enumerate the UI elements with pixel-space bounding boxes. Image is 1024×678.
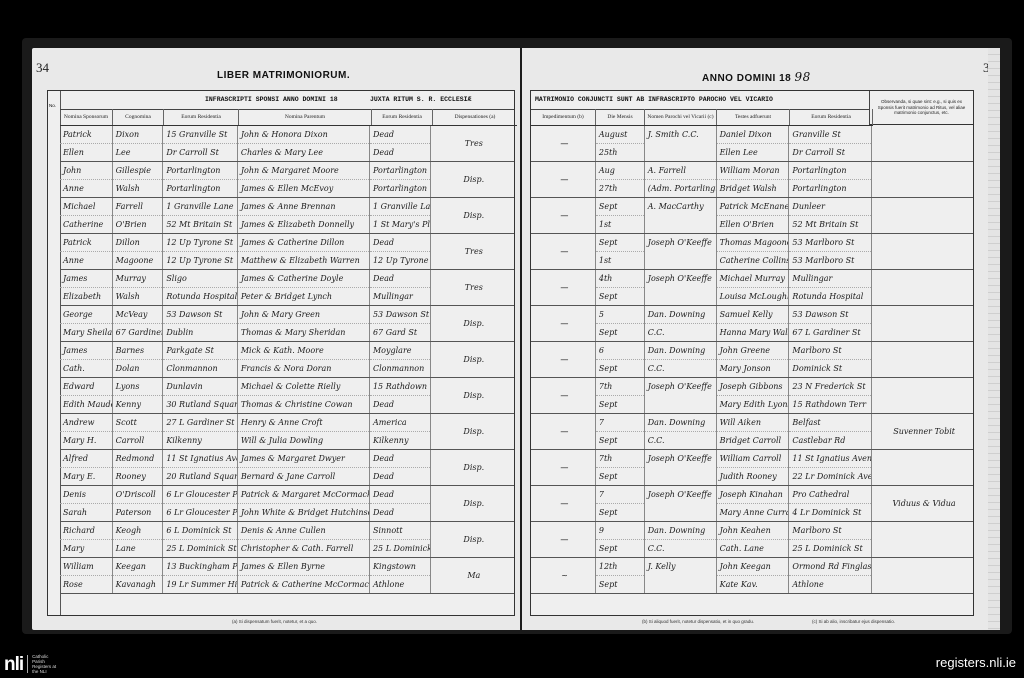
priest-name-line: Joseph O'Keeffe bbox=[645, 378, 716, 395]
spouse-surnames-line: Redmond bbox=[113, 450, 163, 468]
parents-names-line: Mick & Kath. Moore bbox=[238, 342, 369, 360]
witnesses: John KeeganKate Kav. bbox=[717, 558, 790, 593]
witnesses-line: William Carroll bbox=[717, 450, 789, 468]
parents-residence: 1 Granville Lane1 St Mary's Pl bbox=[370, 198, 431, 233]
spouse-surnames-line: Scott bbox=[113, 414, 163, 432]
col-header-date: Die Mensis bbox=[596, 109, 645, 125]
right-band-header: MATRIMONIO CONJUNCTI SUNT AB INFRASCRIPT… bbox=[531, 91, 869, 110]
parents-residence-line: Dead bbox=[370, 486, 430, 504]
col-header-residence: Eorum Residentia bbox=[164, 109, 239, 125]
priest-name: A. MacCarthy bbox=[645, 198, 717, 233]
marriage-detail-row: —August25thJ. Smith C.C.Daniel DixonElle… bbox=[531, 126, 973, 162]
dispensation: Disp. bbox=[431, 414, 514, 449]
impediment: — bbox=[531, 270, 596, 305]
parents-residence: DeadDead bbox=[370, 486, 431, 521]
dispensation: Disp. bbox=[431, 522, 514, 557]
impediment-line: — bbox=[557, 351, 568, 368]
witnesses: Daniel DixonEllen Lee bbox=[717, 126, 790, 161]
impediment: — bbox=[531, 522, 596, 557]
spouse-residence-line: 12 Up Tyrone St bbox=[163, 252, 237, 269]
witness-residence: 53 Dawson St67 L Gardiner St bbox=[789, 306, 872, 341]
observanda-line bbox=[921, 207, 924, 224]
witness-residence-line: Castlebar Rd bbox=[789, 432, 871, 449]
dispensation-line: Disp. bbox=[460, 315, 484, 332]
spouse-names-line: George bbox=[60, 306, 112, 324]
marriage-date: 7thSept bbox=[596, 450, 645, 485]
left-footnote: (a) Si dispensatum fuerit, notetur, et a… bbox=[232, 619, 317, 624]
marriage-detail-row: —9SeptDan. DowningC.C.John KeahenCath. L… bbox=[531, 522, 973, 558]
impediment: ~ bbox=[531, 558, 596, 593]
spouse-residence: SligoRotunda Hospital bbox=[163, 270, 238, 305]
dispensation: Disp. bbox=[431, 450, 514, 485]
spouse-surnames: O'DriscollPaterson bbox=[113, 486, 164, 521]
observanda-line: Viduus & Vidua bbox=[890, 495, 956, 512]
marriage-entry-row: JamesCath.BarnesDolanParkgate StClonmann… bbox=[60, 342, 514, 378]
marriage-date: 4thSept bbox=[596, 270, 645, 305]
parents-residence-line: 12 Up Tyrone St bbox=[370, 252, 430, 269]
marriage-date: 6Sept bbox=[596, 342, 645, 377]
spouse-surnames-line: Keegan bbox=[113, 558, 163, 576]
parents-names-line: John White & Bridget Hutchinson bbox=[238, 504, 369, 521]
witnesses-line: William Moran bbox=[717, 162, 789, 180]
parents-residence: 53 Dawson St67 Gard St bbox=[370, 306, 431, 341]
spouse-residence-line: Portarlington bbox=[163, 162, 237, 180]
spouse-names-line: Michael bbox=[60, 198, 112, 216]
left-band-header: INFRASCRIPTI SPONSI ANNO DOMINI 18 JUXTA… bbox=[60, 91, 514, 110]
left-ledger-table: No. INFRASCRIPTI SPONSI ANNO DOMINI 18 J… bbox=[47, 90, 515, 616]
witnesses: Patrick McEnaneyEllen O'Brien bbox=[717, 198, 790, 233]
witnesses-line: Ellen O'Brien bbox=[717, 216, 789, 233]
witness-residence-line: 23 N Frederick St bbox=[789, 378, 871, 396]
col-header-parents: Nomina Parentum bbox=[239, 109, 372, 125]
spouse-names-line: Ellen bbox=[60, 144, 112, 161]
witnesses-line: Bridget Carroll bbox=[717, 432, 789, 449]
impediment-line: ~ bbox=[558, 567, 568, 584]
parents-residence-line: Dead bbox=[370, 504, 430, 521]
spouse-names-line: Patrick bbox=[60, 126, 112, 144]
impediment: — bbox=[531, 342, 596, 377]
site-url[interactable]: registers.nli.ie bbox=[936, 655, 1016, 670]
spouse-residence: 27 L Gardiner StKilkenny bbox=[163, 414, 238, 449]
witness-residence-line: Dominick St bbox=[789, 360, 871, 377]
parents-names-line: James & Ellen McEvoy bbox=[238, 180, 369, 197]
spouse-surnames-line: Barnes bbox=[113, 342, 163, 360]
witnesses-line: Mary Jonson bbox=[717, 360, 789, 377]
marriage-detail-row: ~12thSeptJ. KellyJohn KeeganKate Kav.Orm… bbox=[531, 558, 973, 594]
right-page-title: ANNO DOMINI 18 98 bbox=[702, 70, 811, 84]
marriage-date: Sept1st bbox=[596, 234, 645, 269]
nli-logo: nli bbox=[4, 655, 23, 674]
spouse-surnames-line: Farrell bbox=[113, 198, 163, 216]
spouse-surnames: MurrayWalsh bbox=[113, 270, 164, 305]
parents-residence: Dead12 Up Tyrone St bbox=[370, 234, 431, 269]
observanda bbox=[872, 126, 973, 161]
observanda bbox=[872, 162, 973, 197]
marriage-date-line: August bbox=[596, 126, 644, 144]
marriage-date-line: 6 bbox=[596, 342, 644, 360]
priest-name: Dan. DowningC.C. bbox=[645, 414, 717, 449]
parents-residence-line: Portarlington bbox=[370, 180, 430, 197]
witness-residence: Pro Cathedral4 Lr Dominick St bbox=[789, 486, 872, 521]
observanda-line bbox=[921, 387, 924, 404]
witnesses-line: Daniel Dixon bbox=[717, 126, 789, 144]
witness-residence: 23 N Frederick St15 Rathdown Terr bbox=[789, 378, 872, 413]
spouse-names-line: Mary H. bbox=[60, 432, 112, 449]
marriage-date-line: 4th bbox=[596, 270, 644, 288]
witness-residence-line: Pro Cathedral bbox=[789, 486, 871, 504]
spouse-names: PatrickEllen bbox=[60, 126, 113, 161]
marriage-date: 7Sept bbox=[596, 486, 645, 521]
parents-residence-line: Portarlington bbox=[370, 162, 430, 180]
marriage-detail-row: —7thSeptJoseph O'KeeffeWilliam CarrollJu… bbox=[531, 450, 973, 486]
marriage-detail-row: —5SeptDan. DowningC.C.Samuel KellyHanna … bbox=[531, 306, 973, 342]
witness-residence-line: 53 Dawson St bbox=[789, 306, 871, 324]
marriage-entry-row: PatrickAnneDillonMagoone12 Up Tyrone St1… bbox=[60, 234, 514, 270]
marriage-entry-row: JamesElizabethMurrayWalshSligoRotunda Ho… bbox=[60, 270, 514, 306]
priest-name-line: Dan. Downing bbox=[645, 306, 716, 324]
spouse-surnames-line: Lyons bbox=[113, 378, 163, 396]
spouse-names: JohnAnne bbox=[60, 162, 113, 197]
spouse-surnames-line: O'Driscoll bbox=[113, 486, 163, 504]
spouse-surnames: DixonLee bbox=[113, 126, 164, 161]
spouse-residence-line: 53 Dawson St bbox=[163, 306, 237, 324]
spouse-names-line: Alfred bbox=[60, 450, 112, 468]
anno-domini-label: ANNO DOMINI 18 bbox=[702, 73, 791, 84]
parents-names-line: Thomas & Christine Cowan bbox=[238, 396, 369, 413]
observanda: Suvenner Tobit bbox=[872, 414, 973, 449]
observanda bbox=[872, 378, 973, 413]
parents-names: John & Margaret MooreJames & Ellen McEvo… bbox=[238, 162, 370, 197]
parents-residence-line: Kilkenny bbox=[370, 432, 430, 449]
right-footnote-c: (c) Si ab alio, inscribatur ejus dispens… bbox=[812, 619, 895, 624]
spouse-names-line: Elizabeth bbox=[60, 288, 112, 305]
spouse-names: AndrewMary H. bbox=[60, 414, 113, 449]
marriage-detail-row: —6SeptDan. DowningC.C.John GreeneMary Jo… bbox=[531, 342, 973, 378]
spouse-residence-line: 27 L Gardiner St bbox=[163, 414, 237, 432]
spouse-names-line: Sarah bbox=[60, 504, 112, 521]
parents-names-line: John & Honora Dixon bbox=[238, 126, 369, 144]
impediment: — bbox=[531, 234, 596, 269]
marriage-entry-row: RichardMaryKeoghLane6 L Dominick St25 L … bbox=[60, 522, 514, 558]
spouse-residence-line: 6 L Dominick St bbox=[163, 522, 237, 540]
spouse-names-line: Edith Maude bbox=[60, 396, 112, 413]
parents-names-line: Bernard & Jane Carroll bbox=[238, 468, 369, 485]
spouse-residence-line: 6 Lr Gloucester Pl bbox=[163, 486, 237, 504]
dispensation: Tres bbox=[431, 270, 514, 305]
spouse-surnames: RedmondRooney bbox=[113, 450, 164, 485]
priest-name: Joseph O'Keeffe bbox=[645, 270, 717, 305]
marriage-date: 12thSept bbox=[596, 558, 645, 593]
spouse-names: JamesCath. bbox=[60, 342, 113, 377]
spouse-names: PatrickAnne bbox=[60, 234, 113, 269]
marriage-date-line: Sept bbox=[596, 234, 644, 252]
dispensation-line: Ma bbox=[464, 567, 480, 584]
impediment-line: — bbox=[557, 459, 568, 476]
parents-residence-line: Moyglare bbox=[370, 342, 430, 360]
witness-residence-line: Portarlington bbox=[789, 162, 871, 180]
marriage-detail-row: —4thSeptJoseph O'KeeffeMichael MurrayLou… bbox=[531, 270, 973, 306]
impediment: — bbox=[531, 414, 596, 449]
dispensation-line: Disp. bbox=[460, 207, 484, 224]
spouse-residence-line: Parkgate St bbox=[163, 342, 237, 360]
register-book: 34 LIBER MATRIMONIORUM. No. INFRASCRIPTI… bbox=[22, 38, 1012, 634]
parents-names-line: Henry & Anne Croft bbox=[238, 414, 369, 432]
witness-residence-line: 25 L Dominick St bbox=[789, 540, 871, 557]
marriage-detail-row: —Aug27thA. Farrell(Adm. Portarlington)Wi… bbox=[531, 162, 973, 198]
marriage-entry-row: EdwardEdith MaudeLyonsKennyDunlavin30 Ru… bbox=[60, 378, 514, 414]
right-ledger-table: MATRIMONIO CONJUNCTI SUNT AB INFRASCRIPT… bbox=[530, 90, 974, 616]
witness-residence-line: Rotunda Hospital bbox=[789, 288, 871, 305]
witness-residence-line: 53 Marlboro St bbox=[789, 252, 871, 269]
spouse-surnames: GillespieWalsh bbox=[113, 162, 164, 197]
parents-names-line: James & Anne Brennan bbox=[238, 198, 369, 216]
marriage-entry-row: AlfredMary E.RedmondRooney11 St Ignatius… bbox=[60, 450, 514, 486]
parents-names-line: James & Catherine Doyle bbox=[238, 270, 369, 288]
witness-residence-line: Granville St bbox=[789, 126, 871, 144]
spouse-residence: PortarlingtonPortarlington bbox=[163, 162, 238, 197]
spouse-names-line: James bbox=[60, 342, 112, 360]
spouse-names-line: Rose bbox=[60, 576, 112, 593]
parents-residence-line: America bbox=[370, 414, 430, 432]
spouse-names: MichaelCatherine bbox=[60, 198, 113, 233]
observanda bbox=[872, 450, 973, 485]
dispensation: Tres bbox=[431, 126, 514, 161]
observanda-line bbox=[921, 279, 924, 296]
spouse-names-line: Mary bbox=[60, 540, 112, 557]
spouse-surnames-line: Walsh bbox=[113, 180, 163, 197]
spouse-names: GeorgeMary Sheila bbox=[60, 306, 113, 341]
observanda bbox=[872, 306, 973, 341]
witnesses-line: John Greene bbox=[717, 342, 789, 360]
marriage-date-line: 7th bbox=[596, 378, 644, 396]
parents-residence: DeadDead bbox=[370, 126, 431, 161]
witness-residence-line: Portarlington bbox=[789, 180, 871, 197]
marriage-entry-row: JohnAnneGillespieWalshPortarlingtonPorta… bbox=[60, 162, 514, 198]
marriage-entry-row: WilliamRoseKeeganKavanagh13 Buckingham P… bbox=[60, 558, 514, 594]
band-header-left: INFRASCRIPTI SPONSI ANNO DOMINI 18 bbox=[205, 91, 338, 109]
spouse-names: JamesElizabeth bbox=[60, 270, 113, 305]
spouse-surnames: KeeganKavanagh bbox=[113, 558, 164, 593]
witnesses-line: Catherine Collins bbox=[717, 252, 789, 269]
spouse-residence-line: 20 Rutland Square bbox=[163, 468, 237, 485]
impediment-line: — bbox=[557, 135, 568, 152]
parents-names: James & Catherine DoylePeter & Bridget L… bbox=[238, 270, 370, 305]
right-rows: —August25thJ. Smith C.C.Daniel DixonElle… bbox=[531, 126, 973, 594]
right-page: 34 ANNO DOMINI 18 98 MATRIMONIO CONJUNCT… bbox=[522, 48, 1000, 630]
spouse-surnames: FarrellO'Brien bbox=[113, 198, 164, 233]
parents-names-line: James & Ellen Byrne bbox=[238, 558, 369, 576]
parents-residence: AmericaKilkenny bbox=[370, 414, 431, 449]
spouse-residence: 15 Granville StDr Carroll St bbox=[163, 126, 238, 161]
marriage-date-line: Sept bbox=[596, 360, 644, 377]
marriage-date-line: Sept bbox=[596, 504, 644, 521]
parents-names-line: James & Margaret Dwyer bbox=[238, 450, 369, 468]
spouse-surnames-line: Dillon bbox=[113, 234, 163, 252]
parents-names: John & Mary GreenThomas & Mary Sheridan bbox=[238, 306, 370, 341]
witnesses-line: Ellen Lee bbox=[717, 144, 789, 161]
spouse-surnames-line: Rooney bbox=[113, 468, 163, 485]
parents-names-line: Francis & Nora Doran bbox=[238, 360, 369, 377]
observanda bbox=[872, 342, 973, 377]
spouse-names: AlfredMary E. bbox=[60, 450, 113, 485]
witness-residence: Dunleer52 Mt Britain St bbox=[789, 198, 872, 233]
witnesses: Samuel KellyHanna Mary Walsh bbox=[717, 306, 790, 341]
parents-names: Denis & Anne CullenChristopher & Cath. F… bbox=[238, 522, 370, 557]
spouse-residence-line: 30 Rutland Square bbox=[163, 396, 237, 413]
impediment: — bbox=[531, 306, 596, 341]
marriage-date: August25th bbox=[596, 126, 645, 161]
dispensation-line: Tres bbox=[462, 243, 483, 260]
spouse-names-line: Richard bbox=[60, 522, 112, 540]
witnesses-line: Kate Kav. bbox=[717, 576, 789, 593]
witnesses-line: Will Aiken bbox=[717, 414, 789, 432]
spouse-residence-line: 11 St Ignatius Avenue bbox=[163, 450, 237, 468]
parents-names-line: Patrick & Catherine McCormack bbox=[238, 576, 369, 593]
year-handwritten: 98 bbox=[795, 70, 811, 84]
marriage-entry-row: PatrickEllenDixonLee15 Granville StDr Ca… bbox=[60, 126, 514, 162]
witnesses-line: John Keahen bbox=[717, 522, 789, 540]
dispensation-line: Disp. bbox=[460, 387, 484, 404]
witness-residence-line: Dr Carroll St bbox=[789, 144, 871, 161]
spouse-surnames-line: Magoone bbox=[113, 252, 163, 269]
witness-residence-line: Dunleer bbox=[789, 198, 871, 216]
priest-name: Joseph O'Keeffe bbox=[645, 486, 717, 521]
left-column-headers: Nomina Sponsorum Cognomina Eorum Residen… bbox=[60, 109, 517, 126]
marriage-date-line: Sept bbox=[596, 468, 644, 485]
priest-name: J. Smith C.C. bbox=[645, 126, 717, 161]
parents-residence-line: Dead bbox=[370, 396, 430, 413]
witnesses: Michael MurrayLouisa McLoughlin bbox=[717, 270, 790, 305]
parents-residence-line: 1 St Mary's Pl bbox=[370, 216, 430, 233]
impediment-line: — bbox=[557, 207, 568, 224]
dispensation: Disp. bbox=[431, 162, 514, 197]
observanda-line bbox=[921, 171, 924, 188]
priest-name-line: Joseph O'Keeffe bbox=[645, 270, 716, 287]
parents-names-line: James & Elizabeth Donnelly bbox=[238, 216, 369, 233]
marriage-date: Sept1st bbox=[596, 198, 645, 233]
witnesses-line: Hanna Mary Walsh bbox=[717, 324, 789, 341]
witnesses-line: Thomas Magoone bbox=[717, 234, 789, 252]
spouse-residence-line: Dr Carroll St bbox=[163, 144, 237, 161]
marriage-date: 7Sept bbox=[596, 414, 645, 449]
marriage-date-line: 27th bbox=[596, 180, 644, 197]
impediment-line: — bbox=[557, 387, 568, 404]
spouse-residence: 53 Dawson StDublin bbox=[163, 306, 238, 341]
impediment: — bbox=[531, 450, 596, 485]
witness-residence: 53 Marlboro St53 Marlboro St bbox=[789, 234, 872, 269]
spouse-residence-line: 19 Lr Summer Hill bbox=[163, 576, 237, 593]
dispensation: Ma bbox=[431, 558, 514, 593]
observanda bbox=[872, 558, 973, 593]
priest-name-line: J. Smith C.C. bbox=[645, 126, 716, 143]
parents-residence-line: 1 Granville Lane bbox=[370, 198, 430, 216]
spouse-surnames-line: Keogh bbox=[113, 522, 163, 540]
spouse-residence-line: 13 Buckingham Pl bbox=[163, 558, 237, 576]
observanda bbox=[872, 270, 973, 305]
spouse-names-line: Andrew bbox=[60, 414, 112, 432]
col-header-spouse-names: Nomina Sponsorum bbox=[60, 109, 113, 125]
parents-residence-line: Athlone bbox=[370, 576, 430, 593]
spouse-residence: 11 St Ignatius Avenue20 Rutland Square bbox=[163, 450, 238, 485]
witness-residence: Marlboro St25 L Dominick St bbox=[789, 522, 872, 557]
spouse-residence: Dunlavin30 Rutland Square bbox=[163, 378, 238, 413]
spouse-surnames-line: Dixon bbox=[113, 126, 163, 144]
spouse-surnames-line: Walsh bbox=[113, 288, 163, 305]
col-header-witness-residence: Eorum Residentia bbox=[790, 109, 873, 125]
priest-name-line: A. Farrell bbox=[645, 162, 716, 180]
parents-names-line: James & Catherine Dillon bbox=[238, 234, 369, 252]
witness-residence-line: 52 Mt Britain St bbox=[789, 216, 871, 233]
spouse-residence-line: Kilkenny bbox=[163, 432, 237, 449]
spouse-surnames-line: Kenny bbox=[113, 396, 163, 413]
observanda-line bbox=[921, 315, 924, 332]
marriage-date-line: Sept bbox=[596, 198, 644, 216]
left-page: 34 LIBER MATRIMONIORUM. No. INFRASCRIPTI… bbox=[32, 48, 520, 630]
parents-residence-line: Mullingar bbox=[370, 288, 430, 305]
parents-names-line: Michael & Colette Rielly bbox=[238, 378, 369, 396]
marriage-date-line: Sept bbox=[596, 576, 644, 593]
parents-residence-line: Dead bbox=[370, 450, 430, 468]
marriage-date-line: 5 bbox=[596, 306, 644, 324]
impediment-line: — bbox=[557, 423, 568, 440]
witness-residence: Ormond Rd FinglasAthlone bbox=[789, 558, 872, 593]
spouse-residence-line: Clonmannon bbox=[163, 360, 237, 377]
priest-name: Dan. DowningC.C. bbox=[645, 342, 717, 377]
observanda-line: Suvenner Tobit bbox=[890, 423, 955, 440]
priest-name: Dan. DowningC.C. bbox=[645, 306, 717, 341]
marriage-entry-row: MichaelCatherineFarrellO'Brien1 Granvill… bbox=[60, 198, 514, 234]
parents-residence-line: Dead bbox=[370, 468, 430, 485]
witnesses-line: Mary Anne Curran bbox=[717, 504, 789, 521]
witness-residence-line: 53 Marlboro St bbox=[789, 234, 871, 252]
nli-branding: nli Catholic Parish Registers at the NLI bbox=[4, 654, 62, 674]
marriage-date-line: 7 bbox=[596, 414, 644, 432]
witness-residence-line: 22 Lr Dominick Avenue bbox=[789, 468, 871, 485]
marriage-date: Aug27th bbox=[596, 162, 645, 197]
dispensation-line: Disp. bbox=[460, 531, 484, 548]
spouse-surnames-line: Lane bbox=[113, 540, 163, 557]
witness-residence-line: 4 Lr Dominick St bbox=[789, 504, 871, 521]
witnesses: John GreeneMary Jonson bbox=[717, 342, 790, 377]
spouse-residence-line: 1 Granville Lane bbox=[163, 198, 237, 216]
marriage-date-line: 7 bbox=[596, 486, 644, 504]
witness-residence-line: 15 Rathdown Terr bbox=[789, 396, 871, 413]
priest-name-line: C.C. bbox=[645, 540, 716, 557]
impediment-line: — bbox=[557, 171, 568, 188]
spouse-names-line: Edward bbox=[60, 378, 112, 396]
parents-names-line: John & Mary Green bbox=[238, 306, 369, 324]
witnesses-line: Louisa McLoughlin bbox=[717, 288, 789, 305]
parents-residence: PortarlingtonPortarlington bbox=[370, 162, 431, 197]
spouse-residence-line: Sligo bbox=[163, 270, 237, 288]
parents-names: James & Margaret DwyerBernard & Jane Car… bbox=[238, 450, 370, 485]
parents-names-line: Matthew & Elizabeth Warren bbox=[238, 252, 369, 269]
dispensation: Disp. bbox=[431, 198, 514, 233]
spouse-surnames-line: Kavanagh bbox=[113, 576, 163, 593]
observanda-line bbox=[921, 135, 924, 152]
impediment: — bbox=[531, 126, 596, 161]
dispensation: Disp. bbox=[431, 486, 514, 521]
impediment: — bbox=[531, 486, 596, 521]
impediment-line: — bbox=[557, 279, 568, 296]
marriage-date-line: Sept bbox=[596, 324, 644, 341]
witnesses-line: Judith Rooney bbox=[717, 468, 789, 485]
parents-residence: KingstownAthlone bbox=[370, 558, 431, 593]
priest-name-line: Joseph O'Keeffe bbox=[645, 450, 716, 467]
spouse-residence-line: 15 Granville St bbox=[163, 126, 237, 144]
parents-names-line: Charles & Mary Lee bbox=[238, 144, 369, 161]
spouse-residence: 1 Granville Lane52 Mt Britain St bbox=[163, 198, 238, 233]
